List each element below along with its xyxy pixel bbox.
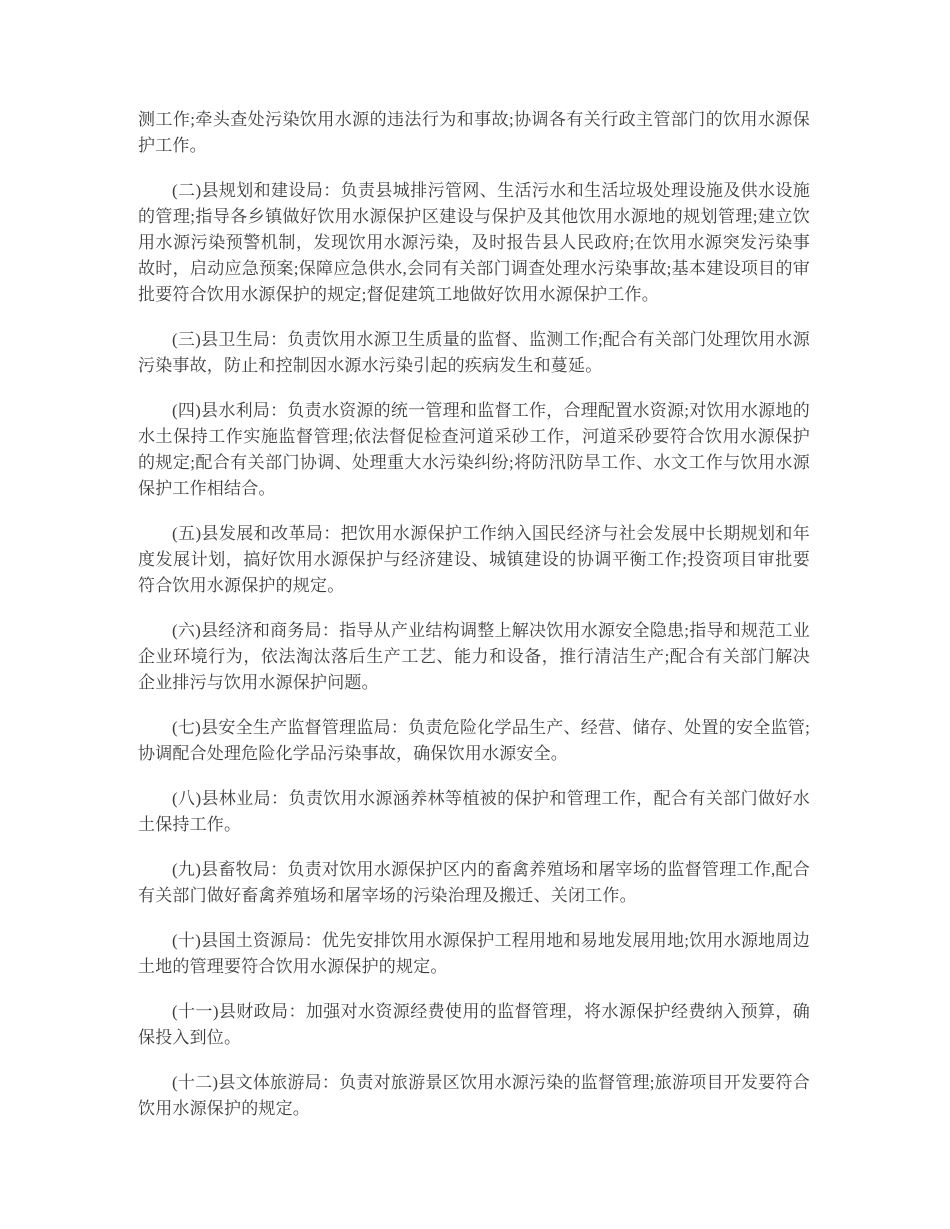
paragraph-item-8: (八)县林业局：负责饮用水源涵养林等植被的保护和管理工作，配合有关部门做好水土保… [138, 786, 810, 838]
paragraph-item-9: (九)县畜牧局：负责对饮用水源保护区内的畜禽养殖场和屠宰场的监督管理工作,配合有… [138, 857, 810, 909]
paragraph-item-6: (六)县经济和商务局：指导从产业结构调整上解决饮用水源安全隐患;指导和规范工业企… [138, 618, 810, 696]
paragraph-item-5: (五)县发展和改革局：把饮用水源保护工作纳入国民经济与社会发展中长期规划和年度发… [138, 521, 810, 599]
paragraph-item-12: (十二)县文体旅游局：负责对旅游景区饮用水源污染的监督管理;旅游项目开发要符合饮… [138, 1070, 810, 1122]
paragraph-item-4: (四)县水利局：负责水资源的统一管理和监督工作，合理配置水资源;对饮用水源地的水… [138, 398, 810, 502]
paragraph-item-10: (十)县国土资源局：优先安排饮用水源保护工程用地和易地发展用地;饮用水源地周边土… [138, 928, 810, 980]
paragraph-item-11: (十一)县财政局：加强对水资源经费使用的监督管理，将水源保护经费纳入预算，确保投… [138, 999, 810, 1051]
paragraph-item-3: (三)县卫生局：负责饮用水源卫生质量的监督、监测工作;配合有关部门处理饮用水源污… [138, 327, 810, 379]
paragraph-continuation: 测工作;牵头查处污染饮用水源的违法行为和事故;协调各有关行政主管部门的饮用水源保… [138, 107, 810, 159]
document-body: 测工作;牵头查处污染饮用水源的违法行为和事故;协调各有关行政主管部门的饮用水源保… [138, 107, 810, 1122]
document-page: 测工作;牵头查处污染饮用水源的违法行为和事故;协调各有关行政主管部门的饮用水源保… [0, 0, 950, 1229]
paragraph-item-2: (二)县规划和建设局：负责县城排污管网、生活污水和生活垃圾处理设施及供水设施的管… [138, 178, 810, 308]
paragraph-item-7: (七)县安全生产监督管理监局：负责危险化学品生产、经营、储存、处置的安全监管;协… [138, 715, 810, 767]
